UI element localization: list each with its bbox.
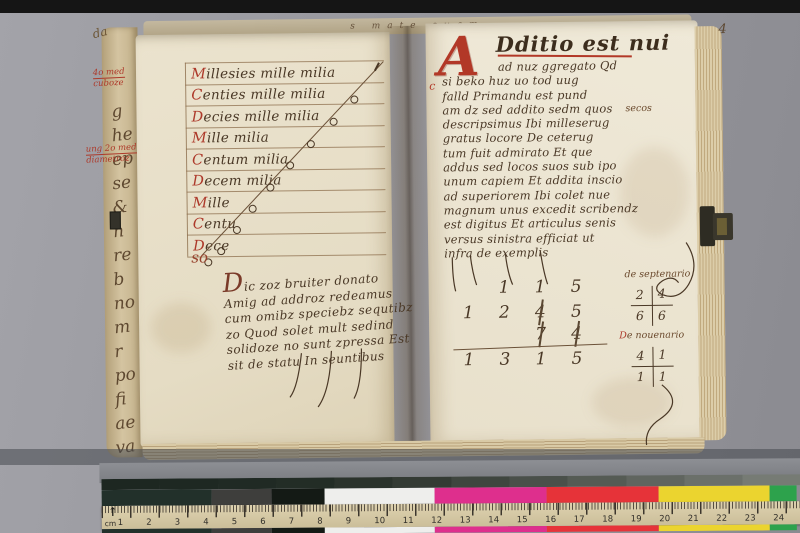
grayscale-step — [393, 477, 451, 488]
ruler-number: 13 — [460, 516, 471, 526]
ruler-number: 20 — [659, 514, 670, 524]
color-patch-green — [770, 485, 797, 501]
ruler-number: 14 — [488, 515, 499, 525]
ruler-number: 18 — [602, 515, 613, 525]
color-patch-yellow — [659, 485, 770, 502]
ruler-number: 10 — [374, 516, 385, 526]
color-patch-black — [272, 528, 325, 533]
color-patch-yellow — [659, 524, 770, 531]
grayscale-step — [335, 477, 393, 488]
photograph-frame: gheepse&nrebnomrpofiaeva s mate suam da … — [0, 0, 800, 533]
color-patch-white — [325, 527, 435, 533]
ruler-number: 11 — [403, 516, 414, 526]
ruler-number: 3 — [175, 518, 180, 528]
color-patch-black — [272, 489, 325, 505]
color-patch-magenta — [435, 526, 547, 533]
ruler-number: 15 — [517, 515, 528, 525]
ruler-number: 23 — [745, 514, 756, 524]
ruler-number: 9 — [346, 516, 351, 526]
ruler-number: 6 — [260, 517, 265, 527]
color-patch-red — [547, 486, 659, 503]
color-patch-white — [325, 488, 435, 505]
color-patch-dark-green — [102, 489, 212, 506]
grayscale-step — [276, 477, 334, 488]
grayscale-step — [684, 475, 742, 486]
ruler-number: 1 — [118, 518, 123, 528]
color-patch-green — [770, 524, 797, 530]
color-patch-charcoal — [212, 528, 272, 533]
ruler-number: 2 — [146, 518, 151, 528]
ruler-number: 17 — [574, 515, 585, 525]
grayscale-step — [568, 475, 626, 486]
grayscale-step — [101, 479, 159, 490]
grayscale-step — [510, 476, 568, 487]
ruler-arrow-icon: ↑ — [108, 505, 118, 519]
ruler-number: 4 — [203, 517, 208, 527]
ruler-number: 21 — [688, 514, 699, 524]
color-patch-red — [547, 525, 659, 532]
grayscale-step — [218, 478, 276, 489]
ruler-unit-label: cm — [105, 519, 117, 528]
grayscale-step — [626, 475, 684, 486]
grayscale-step — [451, 476, 509, 487]
ruler-number: 8 — [317, 517, 322, 527]
ruler-number: 24 — [773, 513, 784, 523]
color-patch-magenta — [435, 487, 547, 504]
grayscale-step — [160, 478, 218, 489]
ruler-number: 7 — [289, 517, 294, 527]
color-patch-dark-green — [102, 528, 212, 533]
grayscale-step — [743, 474, 800, 485]
ruler-number: 22 — [716, 514, 727, 524]
ruler-number: 16 — [545, 515, 556, 525]
calibration-assembly: ↑ cm 12345678910111213141516171819202122… — [0, 0, 800, 533]
color-patch-charcoal — [212, 489, 272, 505]
ruler-number: 12 — [431, 516, 442, 526]
ruler-number: 19 — [631, 514, 642, 524]
ruler-number: 5 — [232, 517, 237, 527]
